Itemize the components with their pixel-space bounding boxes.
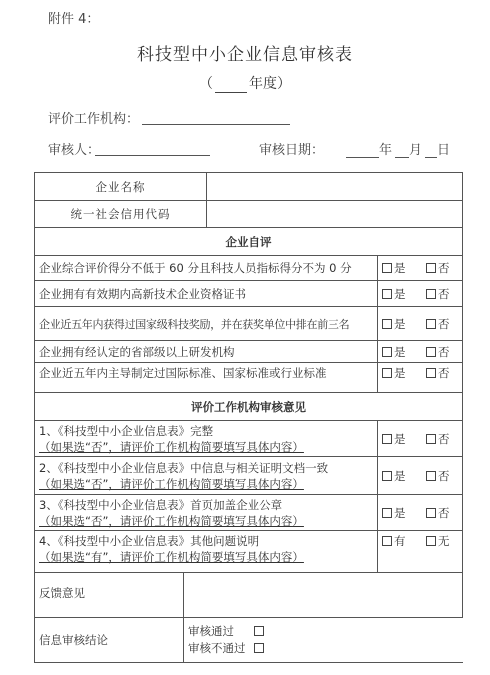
self-eval-options: 是否 xyxy=(378,256,463,281)
year-suffix: 年度） xyxy=(249,76,291,92)
checkbox-icon xyxy=(426,347,436,357)
option-no[interactable]: 否 xyxy=(426,260,450,276)
review-item-note: （如果选“有”，请评价工作机构简要填写具体内容） xyxy=(39,549,373,565)
checkbox-icon xyxy=(382,434,392,444)
option-yes[interactable]: 是 xyxy=(382,365,426,381)
checkbox-icon xyxy=(382,347,392,357)
self-eval-row: 企业近五年内主导制定过国际标准、国家标准或行业标准 是否 xyxy=(35,363,463,393)
self-eval-row: 企业拥有经认定的省部级以上研发机构 是否 xyxy=(35,341,463,363)
option-no[interactable]: 否 xyxy=(426,316,450,332)
checkbox-icon xyxy=(382,263,392,273)
option-yes[interactable]: 是 xyxy=(382,316,426,332)
option-yes[interactable]: 是 xyxy=(382,431,426,447)
day-unit: 日 xyxy=(437,143,450,158)
review-options: 有无 xyxy=(378,531,463,573)
review-row: 4、《科技型中小企业信息表》其他问题说明 （如果选“有”，请评价工作机构简要填写… xyxy=(35,531,463,573)
review-item-note: （如果选“否”，请评价工作机构简要填写具体内容） xyxy=(39,439,373,455)
year-unit: 年 xyxy=(379,143,392,158)
option-yes[interactable]: 是 xyxy=(382,468,426,484)
self-eval-row: 企业拥有有效期内高新技术企业资格证书 是否 xyxy=(35,281,463,307)
review-header-row: 评价工作机构审核意见 xyxy=(35,393,463,421)
credit-code-label: 统一社会信用代码 xyxy=(35,201,207,228)
review-item-text: 4、《科技型中小企业信息表》其他问题说明 xyxy=(39,533,373,549)
option-yes[interactable]: 是 xyxy=(382,260,426,276)
checkbox-icon xyxy=(254,626,264,636)
date-year-field[interactable] xyxy=(346,144,379,158)
review-item: 1、《科技型中小企业信息表》完整 （如果选“否”，请评价工作机构简要填写具体内容… xyxy=(35,421,378,457)
review-row: 2、《科技型中小企业信息表》中信息与相关证明文档一致 （如果选“否”，请评价工作… xyxy=(35,457,463,495)
review-options: 是否 xyxy=(378,421,463,457)
checkbox-icon xyxy=(382,508,392,518)
checkbox-icon xyxy=(426,508,436,518)
checkbox-icon xyxy=(382,471,392,481)
conclusion-label: 信息审核结论 xyxy=(35,618,184,663)
option-no[interactable]: 否 xyxy=(426,505,450,521)
self-eval-options: 是否 xyxy=(378,307,463,341)
review-options: 是否 xyxy=(378,457,463,495)
self-eval-item-text: 企业综合评价得分不低于 60 分且科技人员指标得分不为 0 分 xyxy=(35,256,378,281)
option-no[interactable]: 否 xyxy=(426,286,450,302)
option-fail[interactable]: 审核不通过 xyxy=(188,640,459,657)
self-eval-header-row: 企业自评 xyxy=(35,228,463,256)
review-form-table: 企业名称 统一社会信用代码 企业自评 企业综合评价得分不低于 60 分且科技人员… xyxy=(34,172,463,663)
checkbox-icon xyxy=(426,263,436,273)
self-eval-item-text: 企业近五年内主导制定过国际标准、国家标准或行业标准 xyxy=(35,363,378,393)
date-month-field[interactable] xyxy=(395,144,409,158)
option-yes[interactable]: 是 xyxy=(382,505,426,521)
company-name-row: 企业名称 xyxy=(35,173,463,201)
checkbox-icon xyxy=(426,471,436,481)
review-item-text: 2、《科技型中小企业信息表》中信息与相关证明文档一致 xyxy=(39,460,373,476)
checkbox-icon xyxy=(382,536,392,546)
reviewer-label: 审核人： xyxy=(48,139,100,158)
option-no[interactable]: 否 xyxy=(426,365,450,381)
review-item-text: 3、《科技型中小企业信息表》首页加盖企业公章 xyxy=(39,497,373,513)
date-day-field[interactable] xyxy=(425,144,437,158)
option-no[interactable]: 否 xyxy=(426,344,450,360)
year-line: （年度） xyxy=(0,73,490,93)
month-unit: 月 xyxy=(409,143,422,158)
company-name-label: 企业名称 xyxy=(35,173,207,201)
review-title: 评价工作机构审核意见 xyxy=(35,393,463,421)
checkbox-icon xyxy=(382,368,392,378)
checkbox-icon xyxy=(426,289,436,299)
self-eval-title: 企业自评 xyxy=(35,228,463,256)
review-date-label: 审核日期： xyxy=(259,139,324,158)
credit-code-row: 统一社会信用代码 xyxy=(35,201,463,228)
self-eval-row: 企业综合评价得分不低于 60 分且科技人员指标得分不为 0 分 是否 xyxy=(35,256,463,281)
checkbox-icon xyxy=(426,536,436,546)
year-field[interactable] xyxy=(215,78,247,93)
feedback-row: 反馈意见 xyxy=(35,573,463,618)
option-none[interactable]: 无 xyxy=(426,533,450,549)
self-eval-options: 是否 xyxy=(378,341,463,363)
checkbox-icon xyxy=(426,319,436,329)
review-row: 1、《科技型中小企业信息表》完整 （如果选“否”，请评价工作机构简要填写具体内容… xyxy=(35,421,463,457)
review-item: 3、《科技型中小企业信息表》首页加盖企业公章 （如果选“否”，请评价工作机构简要… xyxy=(35,495,378,531)
review-item-text: 1、《科技型中小企业信息表》完整 xyxy=(39,423,373,439)
review-row: 3、《科技型中小企业信息表》首页加盖企业公章 （如果选“否”，请评价工作机构简要… xyxy=(35,495,463,531)
form-title: 科技型中小企业信息审核表 xyxy=(0,40,490,65)
review-item: 2、《科技型中小企业信息表》中信息与相关证明文档一致 （如果选“否”，请评价工作… xyxy=(35,457,378,495)
year-prefix: （ xyxy=(199,76,213,92)
checkbox-icon xyxy=(382,289,392,299)
option-no[interactable]: 否 xyxy=(426,431,450,447)
self-eval-item-text: 企业拥有有效期内高新技术企业资格证书 xyxy=(35,281,378,307)
self-eval-item-text: 企业近五年内获得过国家级科技奖励，并在获奖单位中排在前三名 xyxy=(35,307,378,341)
option-pass[interactable]: 审核通过 xyxy=(188,623,459,640)
review-options: 是否 xyxy=(378,495,463,531)
org-label: 评价工作机构： xyxy=(48,108,139,127)
review-item-note: （如果选“否”，请评价工作机构简要填写具体内容） xyxy=(39,476,373,492)
self-eval-row: 企业近五年内获得过国家级科技奖励，并在获奖单位中排在前三名 是否 xyxy=(35,307,463,341)
option-has[interactable]: 有 xyxy=(382,533,426,549)
conclusion-row: 信息审核结论 审核通过 审核不通过 xyxy=(35,618,463,663)
reviewer-field[interactable] xyxy=(95,155,210,156)
self-eval-item-text: 企业拥有经认定的省部级以上研发机构 xyxy=(35,341,378,363)
checkbox-icon xyxy=(254,643,264,653)
self-eval-options: 是否 xyxy=(378,363,463,393)
company-name-field[interactable] xyxy=(207,173,463,201)
checkbox-icon xyxy=(426,368,436,378)
checkbox-icon xyxy=(426,434,436,444)
credit-code-field[interactable] xyxy=(207,201,463,228)
option-no[interactable]: 否 xyxy=(426,468,450,484)
option-yes[interactable]: 是 xyxy=(382,286,426,302)
review-date: 年月日 xyxy=(346,139,450,158)
org-field[interactable] xyxy=(142,124,290,125)
review-item: 4、《科技型中小企业信息表》其他问题说明 （如果选“有”，请评价工作机构简要填写… xyxy=(35,531,378,573)
option-yes[interactable]: 是 xyxy=(382,344,426,360)
self-eval-options: 是否 xyxy=(378,281,463,307)
checkbox-icon xyxy=(382,319,392,329)
attachment-label: 附件 4： xyxy=(48,8,99,27)
feedback-field[interactable] xyxy=(184,573,463,618)
review-item-note: （如果选“否”，请评价工作机构简要填写具体内容） xyxy=(39,513,373,529)
conclusion-options: 审核通过 审核不通过 xyxy=(184,618,463,663)
feedback-label: 反馈意见 xyxy=(35,573,184,618)
